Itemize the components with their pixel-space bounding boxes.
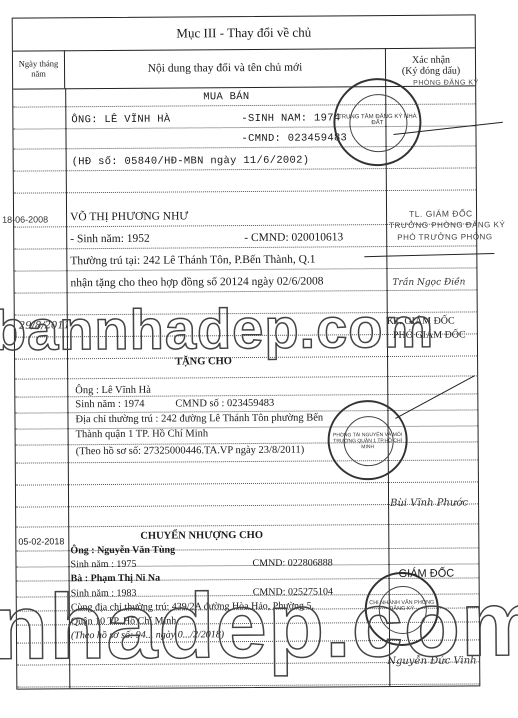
ruled-line bbox=[15, 289, 477, 293]
birth-year: - Sinh năm: 1952 bbox=[70, 233, 150, 246]
official-stamp: PHÒNG TÀI NGUYÊN VÀ MÔI TRƯỜNG QUẬN 1 TP… bbox=[327, 400, 408, 481]
entry-title: MUA BÁN bbox=[203, 91, 249, 103]
dossier-reference: (Theo hồ sơ số: 27325000446.TA.VP ngày 2… bbox=[76, 445, 305, 458]
address-cont: Thành quận 1 TP. Hồ Chí Minh bbox=[76, 428, 209, 440]
table-header: Ngày tháng năm Nội dung thay đổi và tên … bbox=[13, 47, 475, 89]
buyer-1-birth-year: Sinh năm : 1975 bbox=[70, 559, 136, 570]
id-number: - CMND: 020010613 bbox=[244, 231, 343, 244]
header-confirmation-line2: (Ký đóng dấu) bbox=[385, 65, 477, 77]
entry-date: 18-06-2008 bbox=[2, 214, 48, 224]
owner-name: ÔNG: LÊ VĨNH HÀ bbox=[71, 114, 170, 127]
owner-name: Ông : Lê Vĩnh Hà bbox=[75, 385, 151, 397]
contract-reference: nhận tặng cho theo hợp đồng số 20124 ngà… bbox=[70, 275, 323, 289]
ruled-line bbox=[16, 459, 478, 463]
address: Thường trú tại: 242 Lê Thánh Tôn, P.Bến … bbox=[70, 254, 315, 268]
confirm-title-1: TL. GIÁM ĐỐC bbox=[409, 208, 473, 218]
ruled-line bbox=[14, 267, 476, 271]
section-title: Mục III - Thay đổi về chủ bbox=[13, 15, 475, 51]
id-number: -CMND: 023459483 bbox=[241, 132, 347, 145]
watermark-bottom: nhadep.com bbox=[0, 572, 518, 681]
header-confirmation-line1: Xác nhận bbox=[385, 54, 477, 66]
address: Địa chỉ thường trú : 242 đường Lê Thánh … bbox=[75, 412, 323, 425]
contract-reference: (HĐ số: 05840/HĐ-MBN ngày 11/6/2002) bbox=[72, 155, 310, 169]
ruled-line bbox=[14, 189, 476, 193]
ruled-line bbox=[14, 245, 476, 249]
entry-title: CHUYỂN NHƯỢNG CHO bbox=[140, 530, 263, 542]
ruled-line bbox=[17, 683, 479, 687]
entry-date: 05-02-2018 bbox=[18, 536, 64, 546]
signature bbox=[395, 375, 475, 419]
signature bbox=[364, 253, 494, 257]
signer-name: Trần Ngọc Điền bbox=[393, 277, 466, 288]
birth-year: -SINH NAM: 1974 bbox=[241, 112, 340, 125]
id-number: CMND số : 023459483 bbox=[175, 398, 274, 410]
watermark-top: bannhadep.com bbox=[0, 295, 434, 363]
header-content: Nội dung thay đổi và tên chủ mới bbox=[65, 48, 386, 88]
signer-name: Bùi Vĩnh Phước bbox=[390, 497, 468, 509]
ruled-line bbox=[15, 375, 477, 379]
owner-name: VÕ THỊ PHƯƠNG NHƯ bbox=[70, 210, 188, 223]
ruled-line bbox=[16, 481, 478, 485]
official-stamp: TRUNG TÂM ĐĂNG KÝ NHÀ ĐẤT bbox=[333, 78, 422, 167]
header-date: Ngày tháng năm bbox=[13, 50, 65, 88]
document-page: Mục III - Thay đổi về chủ Ngày tháng năm… bbox=[0, 0, 518, 718]
birth-year: Sinh năm : 1974 bbox=[75, 399, 144, 410]
buyer-1-id: CMND: 022806888 bbox=[252, 557, 332, 569]
ruled-line bbox=[16, 523, 478, 527]
stamp-header: PHÒNG ĐĂNG KÝ bbox=[413, 79, 479, 86]
buyer-1-name: Ông : Nguyễn Văn Tùng bbox=[70, 545, 175, 557]
confirm-title-2: TRƯỞNG PHÒNG ĐĂNG KÝ bbox=[389, 220, 505, 230]
confirm-title-3: PHÓ TRƯỞNG PHÒNG bbox=[397, 232, 492, 242]
